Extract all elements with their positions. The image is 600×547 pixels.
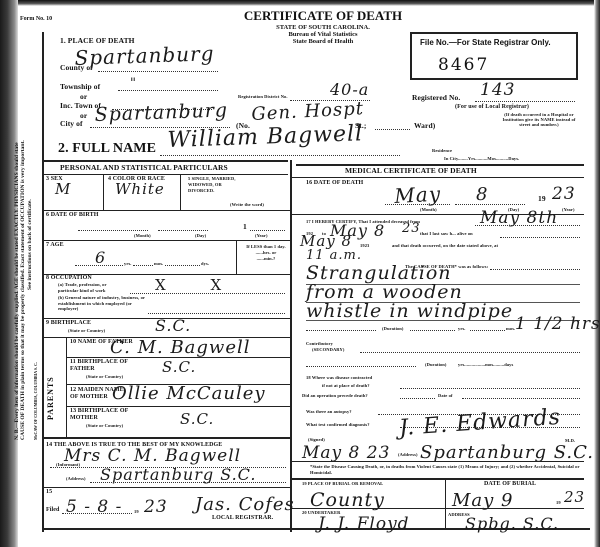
duration-leader-line — [306, 330, 376, 331]
informant-value: Mrs C. M. Bagwell — [64, 446, 241, 466]
informant-address-sublabel: (Address) — [66, 476, 86, 481]
duration-mos-line — [470, 330, 505, 331]
filed-date-value: 5 - 8 - — [66, 497, 122, 517]
birthplace-value: S.C. — [155, 316, 191, 335]
residence-in-city-label: In City........Yrs..........Mos.........… — [444, 156, 519, 161]
death-time-value: 11 a.m. — [306, 248, 362, 263]
marital-status-label: 5 SINGLE, MARRIED, WIDOWED, OR DIVORCED. — [188, 176, 248, 194]
occupation-label: 8 OCCUPATION — [46, 275, 92, 281]
file-box-label: File No.—For State Registrar Only. — [420, 38, 551, 47]
cause-line-0 — [490, 269, 580, 270]
board-name: State Board of Health — [243, 38, 403, 45]
burial-date-label: DATE OF BURIAL — [484, 481, 536, 487]
birthplace-sublabel: (State or Country) — [68, 328, 105, 333]
township-label: Township of — [60, 82, 100, 91]
city-label: City of — [60, 119, 83, 128]
contracted-label: 18 Where was disease contracted — [306, 375, 372, 380]
father-name-value: C. M. Bagwell — [110, 337, 251, 358]
form-number: Form No. 10 — [20, 16, 52, 22]
occupation-a-value: X X — [155, 276, 241, 294]
occupation-a-line — [130, 293, 285, 294]
filed-date-line — [62, 513, 132, 514]
medical-header: MEDICAL CERTIFICATE OF DEATH — [345, 166, 477, 175]
scan-top-edge — [0, 0, 600, 6]
bureau-name: Bureau of Vital Statistics — [243, 31, 403, 38]
operation-date-label: Date of — [438, 393, 453, 398]
residence-label: Residence — [432, 148, 452, 153]
age-label: 7 AGE — [46, 242, 64, 248]
autopsy-label: Was there an autopsy? — [306, 409, 352, 414]
local-registrar-signature: Jas. Cofes — [195, 494, 295, 515]
operation-label: Did an operation precede death? — [302, 393, 368, 398]
burial-year-value: 23 — [564, 488, 585, 506]
father-birthplace-label: 11 BIRTHPLACE OF FATHER — [70, 359, 130, 373]
dob-month-line — [78, 230, 148, 231]
row-rule-dob — [44, 210, 290, 211]
duration-label: (Duration) — [382, 326, 404, 331]
filed-label: Filed — [46, 507, 60, 513]
cause-value-line3: whistle in windpipe — [306, 300, 513, 322]
age-dys-label: dys. — [201, 261, 209, 266]
full-name-line — [160, 155, 400, 156]
registration-district-label: Registration District No. — [238, 94, 288, 99]
date-of-death-label: 16 DATE OF DEATH — [306, 180, 363, 186]
age-years-line — [75, 265, 123, 266]
mother-maiden-value: Ollie McCauley — [112, 383, 266, 404]
age-yrs-label: yrs. — [124, 261, 132, 266]
city-value: Spartanburg — [94, 99, 228, 126]
undertaker-address-value: Spbg. S.C. — [465, 514, 559, 533]
full-name-label: 2. FULL NAME — [58, 141, 156, 157]
sex-divider — [103, 174, 104, 210]
county-value: Spartanburg — [74, 41, 215, 70]
state-name: STATE OF SOUTH CAROLINA. — [243, 24, 403, 31]
row-rule-informant — [44, 437, 290, 439]
contributory-line — [360, 352, 580, 353]
mother-birthplace-sublabel: (State or Country) — [86, 423, 123, 428]
contracted-line — [400, 388, 580, 389]
occupation-a-label: (a) Trade, profession, or particular kin… — [58, 282, 128, 293]
medical-header-rule — [292, 177, 584, 178]
center-divider — [290, 160, 292, 532]
parents-divider — [66, 337, 67, 437]
attended-from-line — [475, 225, 580, 226]
dob-month-sublabel: (Month) — [134, 233, 151, 238]
frame-left-border — [42, 32, 44, 532]
physician-address-value: Spartanburg S.C. — [420, 442, 594, 463]
burial-top-rule — [292, 478, 584, 480]
occupation-b-label: (b) General nature of industry, business… — [58, 295, 146, 312]
parents-section-label: PARENTS — [46, 320, 58, 420]
registered-no-value: 143 — [480, 80, 515, 100]
dob-day-line — [158, 230, 208, 231]
operation-date-line — [462, 398, 580, 399]
physician-address-label: (Address) — [398, 452, 418, 457]
test-confirmed-label: What test confirmed diagnosis? — [306, 422, 370, 427]
dob-label: 6 DATE OF BIRTH — [46, 212, 98, 218]
sex-value: M — [55, 180, 71, 198]
color-race-value: White — [115, 180, 165, 198]
informant-address-line — [90, 482, 286, 483]
county-line — [98, 71, 218, 72]
filed-year-prefix: 19 — [134, 509, 139, 514]
duration-yrs-line — [410, 330, 455, 331]
signed-date-value: May 8 23 — [302, 443, 390, 463]
dob-year-value: 1 — [243, 222, 247, 231]
filed-year-value: 23 — [144, 497, 168, 517]
age-less-label: If LESS than 1 day. ......hrs. or ......… — [246, 244, 286, 262]
scan-right-edge — [594, 0, 600, 547]
row-rule-filed — [44, 487, 290, 488]
footnote-top-rule — [292, 461, 584, 462]
burial-divider — [445, 478, 446, 528]
age-less-divider — [236, 240, 237, 274]
death-year-value: 23 — [552, 184, 576, 204]
hospital-note: (If death occurred in a Hospital or Inst… — [500, 112, 578, 127]
death-month-line — [385, 204, 450, 205]
certificate-title: CERTIFICATE OF DEATH — [243, 8, 403, 24]
operation-line — [400, 398, 435, 399]
duration2-leader-line — [306, 366, 416, 367]
mother-birthplace-value: S.C. — [180, 410, 214, 428]
state-registrar-file-box: File No.—For State Registrar Only. 8467 — [410, 32, 578, 80]
contributory-label: Contributory — [306, 341, 333, 346]
occupation-b-line — [148, 313, 285, 314]
personal-top-rule — [44, 160, 288, 162]
father-birthplace-value: S.C. — [162, 358, 196, 376]
dob-year-line — [250, 230, 285, 231]
file-number: 8467 — [438, 55, 489, 75]
duration2-units: yrs.................mos.........days — [458, 362, 513, 367]
local-registrar-label: LOCAL REGISTRAR. — [212, 515, 273, 521]
dob-year-sublabel: (Year) — [255, 233, 268, 238]
physician-signature: J. E. Edwards — [398, 405, 561, 441]
attended-to-year: 23 — [402, 221, 421, 236]
ward-label: Ward) — [414, 121, 435, 130]
full-name-value: William Bagwell — [167, 121, 363, 153]
death-month-sublabel: (Month) — [420, 207, 437, 212]
personal-header: PERSONAL AND STATISTICAL PARTICULARS — [60, 163, 228, 172]
row-rule-mother-birthplace — [66, 406, 290, 407]
or-label-1: or — [80, 92, 87, 101]
undertaker-top-rule — [292, 508, 584, 509]
last-saw-label: that I last saw h... alive on — [420, 231, 473, 236]
registration-district-value: 40-a — [330, 80, 369, 99]
duration2-label: (Duration) — [425, 362, 447, 367]
side-note-printer: McCAW OF COLUMBIA, COLUMBIA S. C. — [33, 40, 39, 440]
filed-number: 15 — [46, 489, 52, 495]
duration-yrs-label: yrs. — [458, 326, 466, 331]
ward-line — [375, 129, 410, 130]
death-day-value: 8 — [476, 184, 488, 205]
contracted-label-2: if not at place of death? — [322, 383, 370, 388]
certificate-title-block: CERTIFICATE OF DEATH STATE OF SOUTH CARO… — [243, 8, 403, 45]
signed-label: (Signed) — [308, 437, 325, 442]
burial-place-label: 19 PLACE OF BURIAL OR REMOVAL — [302, 481, 383, 486]
mother-birthplace-label: 13 BIRTHPLACE OF MOTHER — [70, 408, 130, 422]
last-saw-line — [500, 237, 580, 238]
duration-value: 1 1/2 hrs — [515, 314, 600, 334]
row-rule-age — [44, 240, 290, 241]
informant-sublabel: (Informant) — [56, 462, 80, 467]
registered-no-line — [475, 101, 575, 102]
registered-no-label: Registered No. — [412, 93, 460, 102]
death-year-sublabel: (Year) — [562, 207, 575, 212]
secondary-label: (SECONDARY) — [312, 347, 344, 352]
township-value: " — [130, 76, 137, 91]
cause-footnote: *State the Disease Causing Death, or, in… — [310, 464, 580, 476]
burial-year-prefix: 19 — [556, 500, 561, 505]
local-registrar-note: (For use of Local Registrar) — [455, 104, 529, 110]
age-mos-label: mos. — [154, 261, 163, 266]
age-mos-line — [133, 265, 153, 266]
dob-day-sublabel: (Day) — [195, 233, 206, 238]
duration-mos-label: mos. — [506, 326, 515, 331]
father-birthplace-sublabel: (State or Country) — [86, 374, 123, 379]
personal-header-rule — [44, 174, 288, 175]
color-divider — [180, 174, 181, 210]
death-occurred-label: and that death occurred, on the date sta… — [392, 243, 498, 248]
age-dys-line — [165, 265, 200, 266]
undertaker-value: J. J. Floyd — [318, 514, 410, 534]
marital-note: (Write the word) — [230, 202, 264, 207]
death-year-prefix: 19 — [538, 194, 546, 203]
death-day-line — [455, 204, 525, 205]
